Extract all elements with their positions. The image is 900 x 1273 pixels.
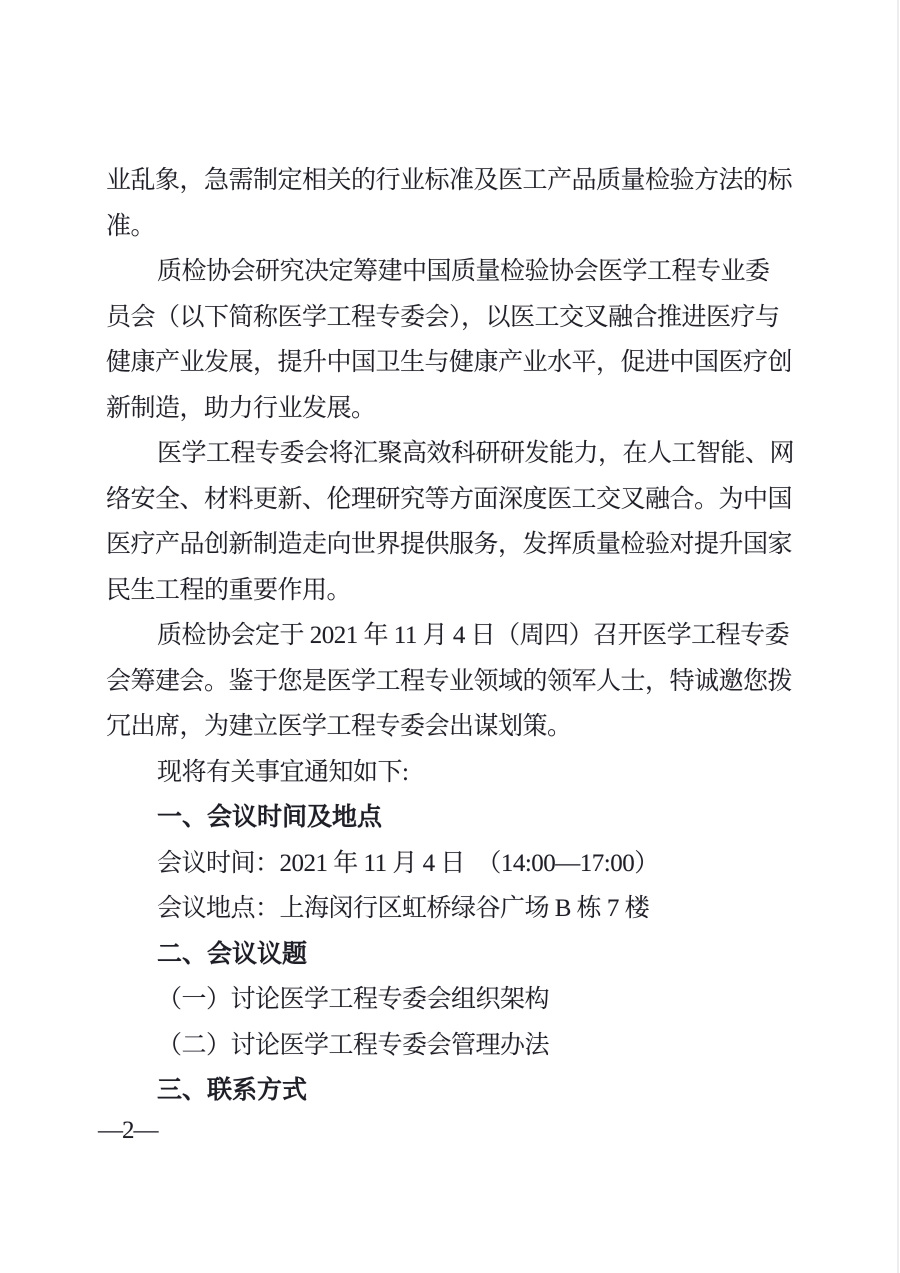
text-line: 现将有关事宜通知如下: — [106, 750, 818, 796]
text-line: 冗出席，为建立医学工程专委会出谋划策。 — [106, 704, 818, 750]
text-line: 质检协会研究决定筹建中国质量检验协会医学工程专业委 — [106, 249, 818, 295]
text-line: 质检协会定于 2021 年 11 月 4 日（周四）召开医学工程专委 — [106, 613, 818, 659]
text-line: 络安全、材料更新、伦理研究等方面深度医工交叉融合。为中国 — [106, 477, 818, 523]
section-heading-3: 三、联系方式 — [106, 1068, 818, 1114]
section-heading-1: 一、会议时间及地点 — [106, 795, 818, 841]
document-body: 业乱象，急需制定相关的行业标准及医工产品质量检验方法的标 准。 质检协会研究决定… — [106, 158, 818, 1114]
text-line: 健康产业发展，提升中国卫生与健康产业水平，促进中国医疗创 — [106, 340, 818, 386]
text-line: 准。 — [106, 204, 818, 250]
agenda-item-line: （一）讨论医学工程专委会组织架构 — [106, 977, 818, 1023]
section-heading-2: 二、会议议题 — [106, 932, 818, 978]
document-page: 业乱象，急需制定相关的行业标准及医工产品质量检验方法的标 准。 质检协会研究决定… — [0, 0, 900, 1273]
text-line: 民生工程的重要作用。 — [106, 568, 818, 614]
page-number: —2— — [98, 1116, 158, 1146]
agenda-item-line: （二）讨论医学工程专委会管理办法 — [106, 1023, 818, 1069]
meeting-time-line: 会议时间：2021 年 11 月 4 日 （14:00—17:00） — [106, 841, 818, 887]
text-line: 医疗产品创新制造走向世界提供服务，发挥质量检验对提升国家 — [106, 522, 818, 568]
text-line: 会筹建会。鉴于您是医学工程专业领域的领军人士，特诚邀您拨 — [106, 659, 818, 705]
meeting-place-line: 会议地点：上海闵行区虹桥绿谷广场 B 栋 7 楼 — [106, 886, 818, 932]
text-line: 医学工程专委会将汇聚高效科研研发能力，在人工智能、网 — [106, 431, 818, 477]
text-line: 新制造，助力行业发展。 — [106, 386, 818, 432]
text-line: 员会（以下简称医学工程专委会），以医工交叉融合推进医疗与 — [106, 295, 818, 341]
page-edge — [897, 0, 899, 1273]
text-line: 业乱象，急需制定相关的行业标准及医工产品质量检验方法的标 — [106, 158, 818, 204]
